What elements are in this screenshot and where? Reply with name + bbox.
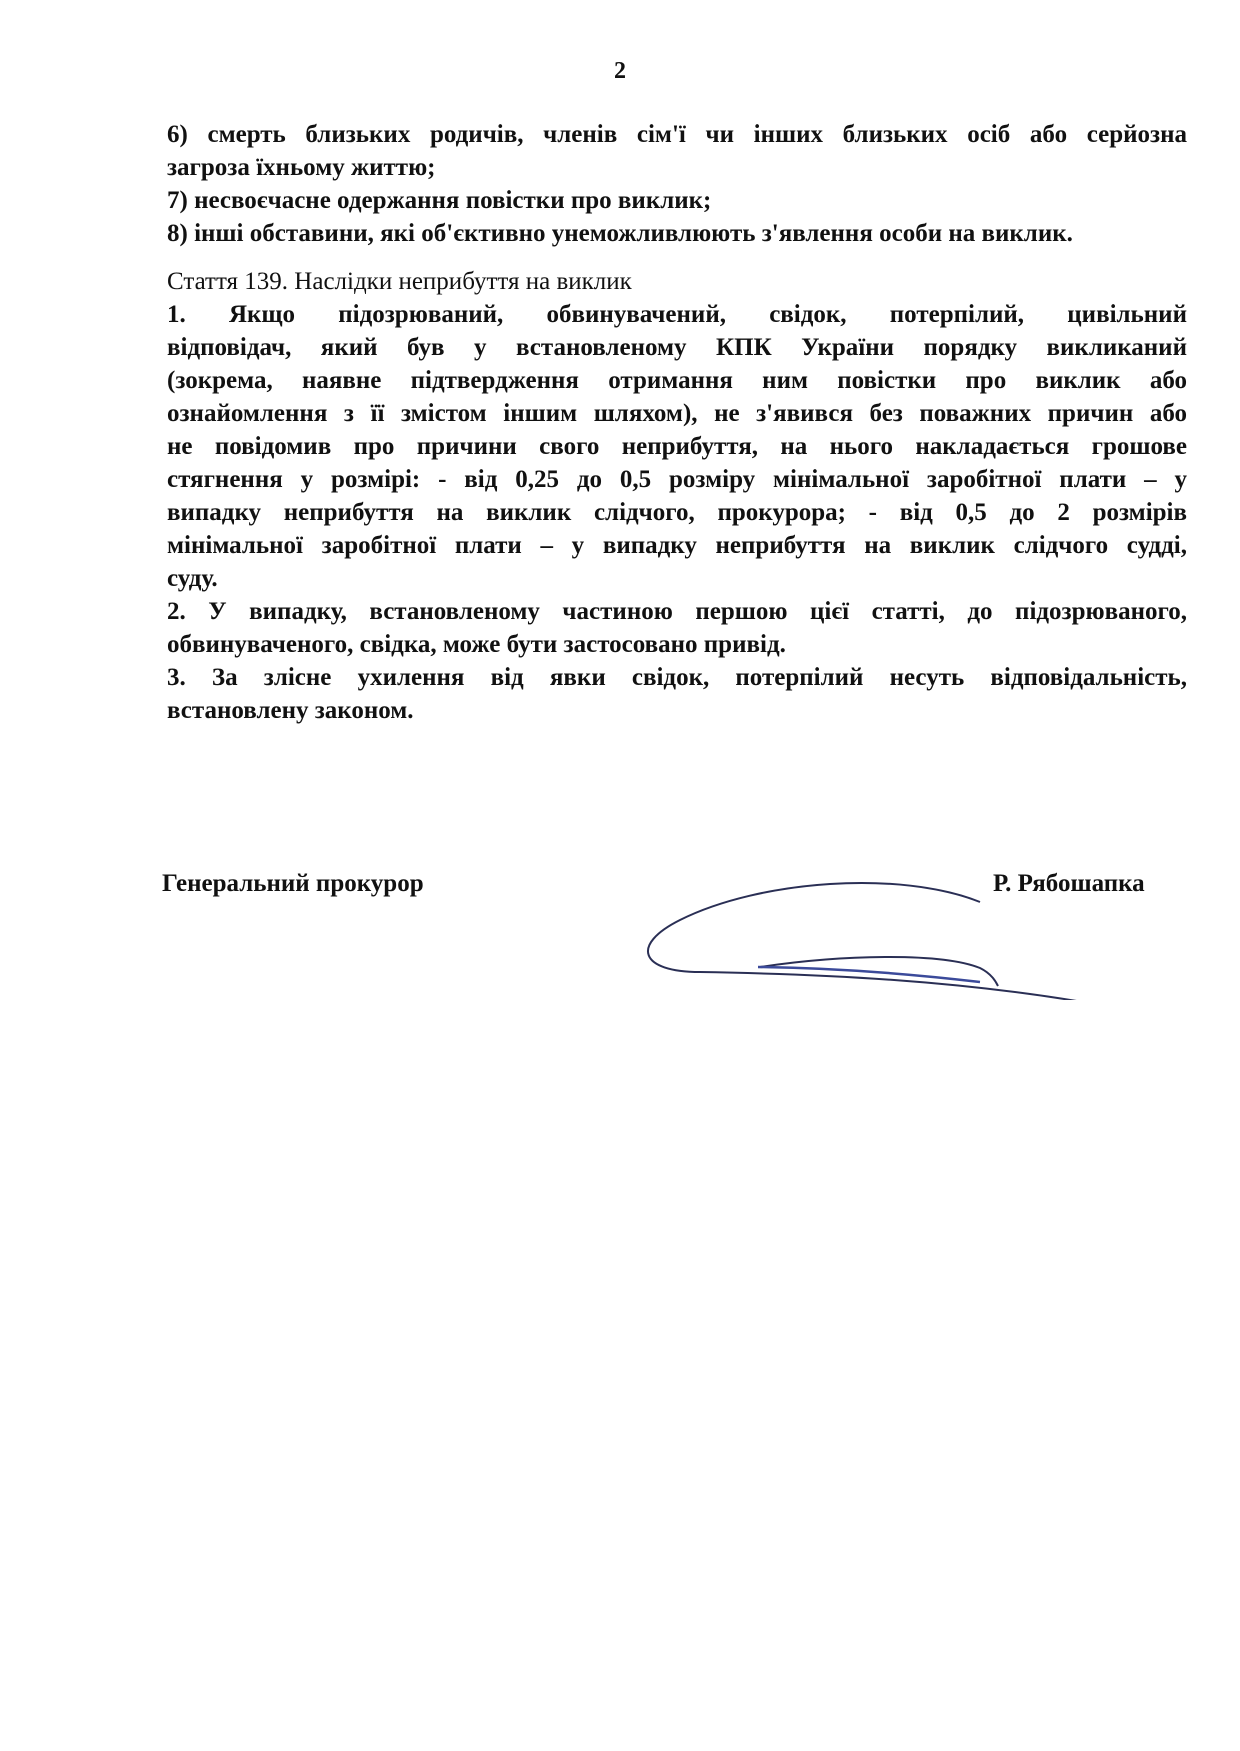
- text-line: стягнення у розмірі: - від 0,25 до 0,5 р…: [167, 463, 1187, 496]
- text-line: ознайомлення з її змістом іншим шляхом),…: [167, 397, 1187, 430]
- list-item-6-line2: загроза їхньому життю;: [167, 151, 1187, 184]
- article-paragraph-1: 1. Якщо підозрюваний, обвинувачений, сві…: [167, 298, 1187, 595]
- text-line: відповідач, який був у встановленому КПК…: [167, 331, 1187, 364]
- text-line: випадку неприбуття на виклик слідчого, п…: [167, 496, 1187, 529]
- page-number: 2: [0, 58, 1240, 85]
- text-line: 2. У випадку, встановленому частиною пер…: [167, 595, 1187, 628]
- article-paragraph-2: 2. У випадку, встановленому частиною пер…: [167, 595, 1187, 661]
- text-line: не повідомив про причини свого неприбутт…: [167, 430, 1187, 463]
- text-line: встановлену законом.: [167, 694, 1187, 727]
- article-139: Стаття 139. Наслідки неприбуття на викли…: [167, 265, 1187, 727]
- text-line: 3. За злісне ухилення від явки свідок, п…: [167, 661, 1187, 694]
- text-line: суду.: [167, 562, 1187, 595]
- text-line: мінімальної заробітної плати – у випадку…: [167, 529, 1187, 562]
- text-line: обвинуваченого, свідка, може бути застос…: [167, 628, 1187, 661]
- article-title: Стаття 139. Наслідки неприбуття на викли…: [167, 265, 1187, 298]
- signatory-position: Генеральний прокурор: [162, 870, 424, 898]
- list-items: 6) смерть близьких родичів, членів сім'ї…: [167, 118, 1187, 250]
- list-item-6-line1: 6) смерть близьких родичів, членів сім'ї…: [167, 118, 1187, 151]
- list-item-8: 8) інші обставини, які об'єктивно унемож…: [167, 217, 1187, 250]
- text-line: 1. Якщо підозрюваний, обвинувачений, сві…: [167, 298, 1187, 331]
- article-paragraph-3: 3. За злісне ухилення від явки свідок, п…: [167, 661, 1187, 727]
- list-item-7: 7) несвоєчасне одержання повістки про ви…: [167, 184, 1187, 217]
- signatory-name: Р. Рябошапка: [993, 870, 1145, 898]
- text-line: (зокрема, наявне підтвердження отримання…: [167, 364, 1187, 397]
